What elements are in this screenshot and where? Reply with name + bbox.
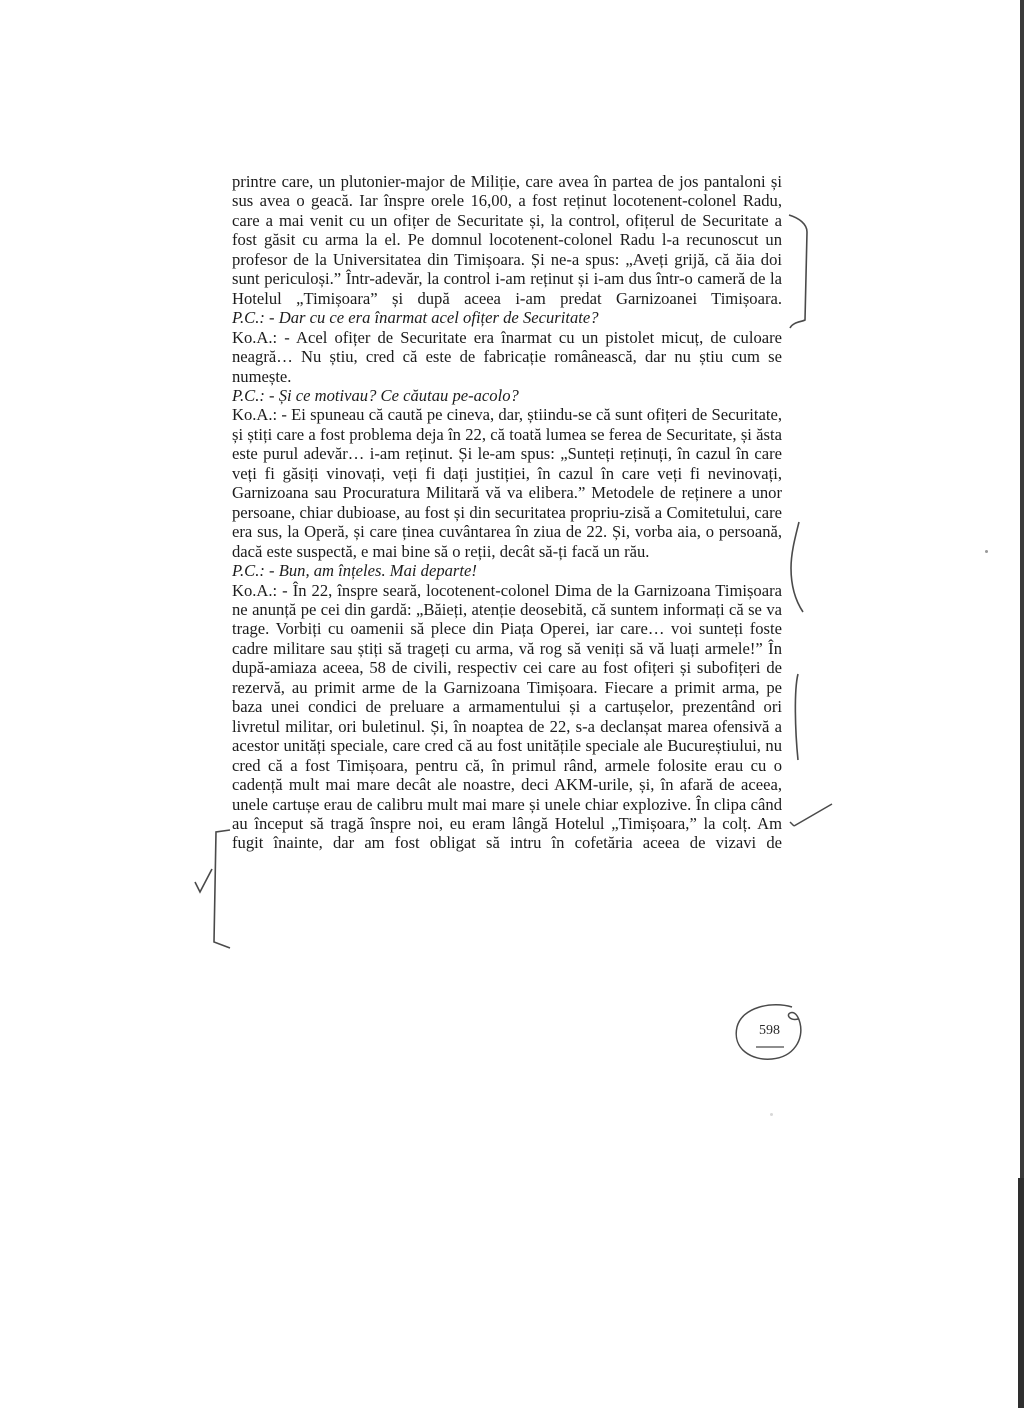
answer-paragraph: printre care, un plutonier-major de Mili… [232,172,782,308]
question-paragraph: P.C.: - Și ce motivau? Ce căutau pe-acol… [232,386,782,405]
right-bracket-1 [785,210,825,330]
left-bracket [204,826,234,952]
right-paren-2 [785,518,815,618]
scan-speck [770,1113,773,1116]
question-paragraph: P.C.: - Dar cu ce era înarmat acel ofițe… [232,308,782,327]
check-mark-right [786,800,836,836]
check-mark-left [192,866,214,896]
scan-edge-right-bottom [1018,1178,1024,1408]
answer-paragraph: Ko.A.: - Ei spuneau că caută pe cineva, … [232,405,782,561]
answer-paragraph: Ko.A.: - În 22, înspre seară, locotenent… [232,581,782,853]
document-body: printre care, un plutonier-major de Mili… [232,172,782,853]
answer-paragraph: Ko.A.: - Acel ofițer de Securitate era î… [232,328,782,386]
page-number: 598 [759,1023,780,1039]
right-line-3 [790,670,810,765]
scan-speck [985,550,988,553]
question-paragraph: P.C.: - Bun, am înțeles. Mai departe! [232,561,782,580]
